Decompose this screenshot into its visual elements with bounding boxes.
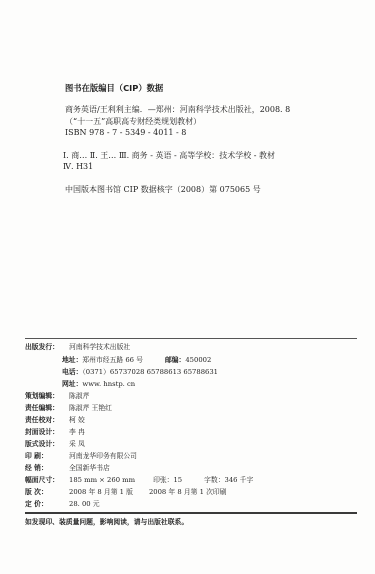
- cip-series-line: （“十一五”高职高专财经类规划教材）: [65, 116, 201, 127]
- distributor-label: 经 销：: [25, 462, 69, 472]
- responsible-editor-label: 责任编辑：: [25, 402, 69, 412]
- price-row: 定 价：28. 00 元: [25, 498, 100, 508]
- sheets-label: 印张：: [153, 476, 173, 484]
- distributor-row: 经 销：全国新华书店: [25, 462, 110, 472]
- cover-design-label: 封面设计：: [25, 426, 69, 436]
- cip-isbn-line: ISBN 978 - 7 - 5349 - 4011 - 8: [65, 128, 186, 137]
- responsible-editor-value: 陈淑芹 王艳红: [69, 404, 112, 412]
- planning-editor-row: 策划编辑：陈淑芹: [25, 390, 89, 400]
- website-value: www. hnstp. cn: [82, 380, 135, 388]
- quality-notice: 如发现印、装质量问题，影响阅读，请与出版社联系。: [25, 516, 188, 526]
- format-label: 幅面尺寸：: [25, 474, 69, 484]
- words-value: 346 千字: [225, 476, 254, 484]
- printer-value: 河南龙华印务有限公司: [69, 452, 137, 460]
- proofreader-label: 责任校对：: [25, 414, 69, 424]
- cip-title: 图书在版编目（CIP）数据: [65, 82, 163, 94]
- phone-label: 电话：: [62, 368, 82, 376]
- website-row: 网址：www. hnstp. cn: [62, 378, 135, 388]
- printer-label: 印 刷：: [25, 450, 69, 460]
- address-row: 地址：郑州市经五路 66 号邮编：450002: [62, 354, 211, 364]
- publisher-value: 河南科学技术出版社: [69, 343, 130, 351]
- format-row: 幅面尺寸：185 mm × 260 mm印张：15字数：346 千字: [25, 474, 253, 484]
- postcode-label: 邮编：: [165, 356, 185, 364]
- cip-verification-number: 中国版本图书馆 CIP 数据核字（2008）第 075065 号: [65, 184, 261, 195]
- phone-value: （0371）65737028 65788613 65788631: [82, 368, 218, 376]
- edition-value: 2008 年 8 月第 1 版: [69, 488, 133, 496]
- responsible-editor-row: 责任编辑：陈淑芹 王艳红: [25, 402, 112, 412]
- format-value: 185 mm × 260 mm: [69, 476, 135, 484]
- price-value: 28. 00 元: [69, 500, 100, 508]
- price-label: 定 价：: [25, 498, 69, 508]
- layout-design-label: 版式设计：: [25, 438, 69, 448]
- address-value: 郑州市经五路 66 号: [82, 356, 143, 364]
- cover-design-value: 李 冉: [69, 428, 85, 436]
- cip-bibliographic-line: 商务英语/王利利主编．—郑州：河南科学技术出版社，2008. 8: [65, 104, 290, 115]
- address-label: 地址：: [62, 356, 82, 364]
- layout-design-value: 采 凤: [69, 440, 85, 448]
- postcode-value: 450002: [185, 356, 211, 364]
- planning-editor-label: 策划编辑：: [25, 390, 69, 400]
- proofreader-value: 柯 姣: [69, 416, 85, 424]
- printer-row: 印 刷：河南龙华印务有限公司: [25, 450, 137, 460]
- planning-editor-value: 陈淑芹: [69, 392, 89, 400]
- publisher-label: 出版发行：: [25, 341, 69, 351]
- website-label: 网址：: [62, 380, 82, 388]
- layout-design-row: 版式设计：采 凤: [25, 438, 85, 448]
- printing-value: 2008 年 8 月第 1 次印刷: [149, 488, 227, 496]
- phone-row: 电话：（0371）65737028 65788613 65788631: [62, 366, 218, 376]
- edition-row: 版 次：2008 年 8 月第 1 版2008 年 8 月第 1 次印刷: [25, 486, 226, 496]
- sheets-value: 15: [173, 476, 182, 484]
- publisher-row: 出版发行：河南科学技术出版社: [25, 341, 130, 351]
- cip-classification-line-1: Ⅰ. 商… Ⅱ. 王… Ⅲ. 商务 - 英语 - 高等学校：技术学校 - 教材: [63, 150, 275, 161]
- proofreader-row: 责任校对：柯 姣: [25, 414, 85, 424]
- words-label: 字数：: [204, 476, 224, 484]
- bottom-divider: [25, 512, 357, 514]
- cover-design-row: 封面设计：李 冉: [25, 426, 85, 436]
- cip-classification-line-2: Ⅳ. H31: [63, 162, 93, 171]
- edition-label: 版 次：: [25, 486, 69, 496]
- top-divider: [25, 338, 357, 339]
- distributor-value: 全国新华书店: [69, 464, 110, 472]
